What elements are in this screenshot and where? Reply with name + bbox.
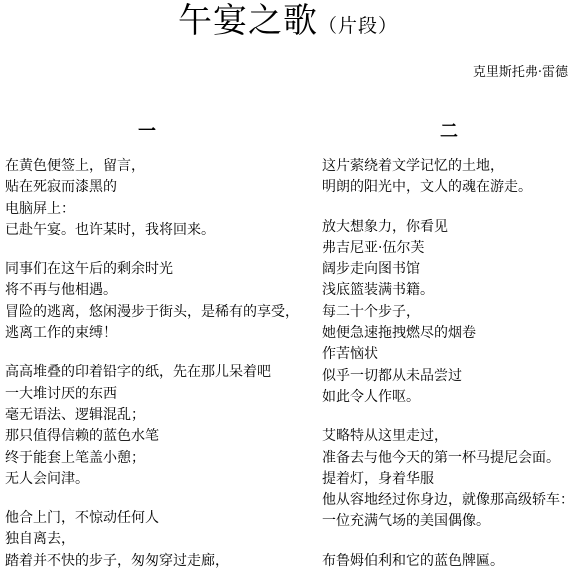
poem-line: 一大堆讨厌的东西 [5,384,289,405]
poem-line: 如此令人作呕。 [322,387,576,408]
poem-line: 浅底篮装满书籍。 [322,280,576,301]
document-page: 午宴之歌（片段） 克里斯托弗·雷德 一 在黄色便签上，留言，贴在死寂而漆黑的电脑… [0,0,576,571]
poem-column-1: 一 在黄色便签上，留言，贴在死寂而漆黑的电脑屏上：已赴午宴。也许某时，我将回来。… [5,122,289,571]
poem-line: 他合上门，不惊动任何人 [5,508,289,529]
poem-line: 同事们在这午后的剩余时光 [5,259,289,280]
stanza: 同事们在这午后的剩余时光将不再与他相遇。冒险的逃离，悠闲漫步于街头，是稀有的享受… [5,259,289,344]
page-title: 午宴之歌（片段） [0,2,576,40]
poem-column-2: 二 这片萦绕着文学记忆的土地，明朗的阳光中，文人的魂在游走。放大想象力，你看见弗… [322,122,576,571]
poem-line: 电脑屏上： [5,199,289,220]
poem-title: 午宴之歌 [178,1,318,41]
poem-line: 冒险的逃离，悠闲漫步于街头，是稀有的享受， [5,302,289,323]
stanza-list: 在黄色便签上，留言，贴在死寂而漆黑的电脑屏上：已赴午宴。也许某时，我将回来。同事… [5,156,289,571]
poem-line: 已赴午宴。也许某时，我将回来。 [5,220,289,241]
poem-line: 在黄色便签上，留言， [5,156,289,177]
poem-line: 这片萦绕着文学记忆的土地， [322,156,576,177]
stanza: 布鲁姆伯利和它的蓝色牌匾。 [322,551,576,571]
poem-line: 毫无语法、逻辑混乱； [5,405,289,426]
poem-line: 提着灯，身着华服 [322,469,576,490]
poem-line: 弗吉尼亚·伍尔芙 [322,238,576,259]
poem-line: 明朗的阳光中，文人的魂在游走。 [322,177,576,198]
stanza: 高高堆叠的印着铅字的纸，先在那儿呆着吧一大堆讨厌的东西毫无语法、逻辑混乱；那只值… [5,362,289,490]
stanza: 在黄色便签上，留言，贴在死寂而漆黑的电脑屏上：已赴午宴。也许某时，我将回来。 [5,156,289,241]
poem-line: 他从容地经过你身边，就像那高级轿车： [322,490,576,511]
author-row: 克里斯托弗·雷德 [0,65,568,81]
poem-line: 放大想象力，你看见 [322,217,576,238]
stanza: 他合上门，不惊动任何人独自离去，踏着并不快的步子，匆匆穿过走廊， [5,508,289,571]
poem-title-subtitle: （片段） [318,15,398,37]
poem-line: 将不再与他相遇。 [5,280,289,301]
section-heading-2: 二 [322,122,576,142]
poem-line: 布鲁姆伯利和它的蓝色牌匾。 [322,551,576,571]
poem-line: 逃离工作的束缚！ [5,323,289,344]
poem-line: 踏着并不快的步子，匆匆穿过走廊， [5,551,289,571]
poem-line: 艾略特从这里走过， [322,426,576,447]
poem-line: 一位充满气场的美国偶像。 [322,511,576,532]
poem-line: 似乎一切都从未品尝过 [322,366,576,387]
poem-line: 那只值得信赖的蓝色水笔 [5,426,289,447]
poem-line: 阔步走向图书馆 [322,259,576,280]
stanza: 艾略特从这里走过，准备去与他今天的第一杯马提尼会面。提着灯，身着华服他从容地经过… [322,426,576,532]
stanza: 这片萦绕着文学记忆的土地，明朗的阳光中，文人的魂在游走。 [322,156,576,199]
poem-line: 独自离去， [5,529,289,550]
stanza-list: 这片萦绕着文学记忆的土地，明朗的阳光中，文人的魂在游走。放大想象力，你看见弗吉尼… [322,156,576,571]
poem-line: 贴在死寂而漆黑的 [5,177,289,198]
section-heading-1: 一 [5,122,289,142]
poem-line: 高高堆叠的印着铅字的纸，先在那儿呆着吧 [5,362,289,383]
poem-line: 作苦恼状 [322,344,576,365]
poem-line: 她便急速拖拽燃尽的烟卷 [322,323,576,344]
poem-line: 终于能套上笔盖小憩； [5,448,289,469]
poem-line: 每二十个步子， [322,302,576,323]
poem-line: 无人会问津。 [5,469,289,490]
author-name: 克里斯托弗·雷德 [473,65,568,80]
poem-line: 准备去与他今天的第一杯马提尼会面。 [322,448,576,469]
stanza: 放大想象力，你看见弗吉尼亚·伍尔芙阔步走向图书馆浅底篮装满书籍。每二十个步子，她… [322,217,576,409]
